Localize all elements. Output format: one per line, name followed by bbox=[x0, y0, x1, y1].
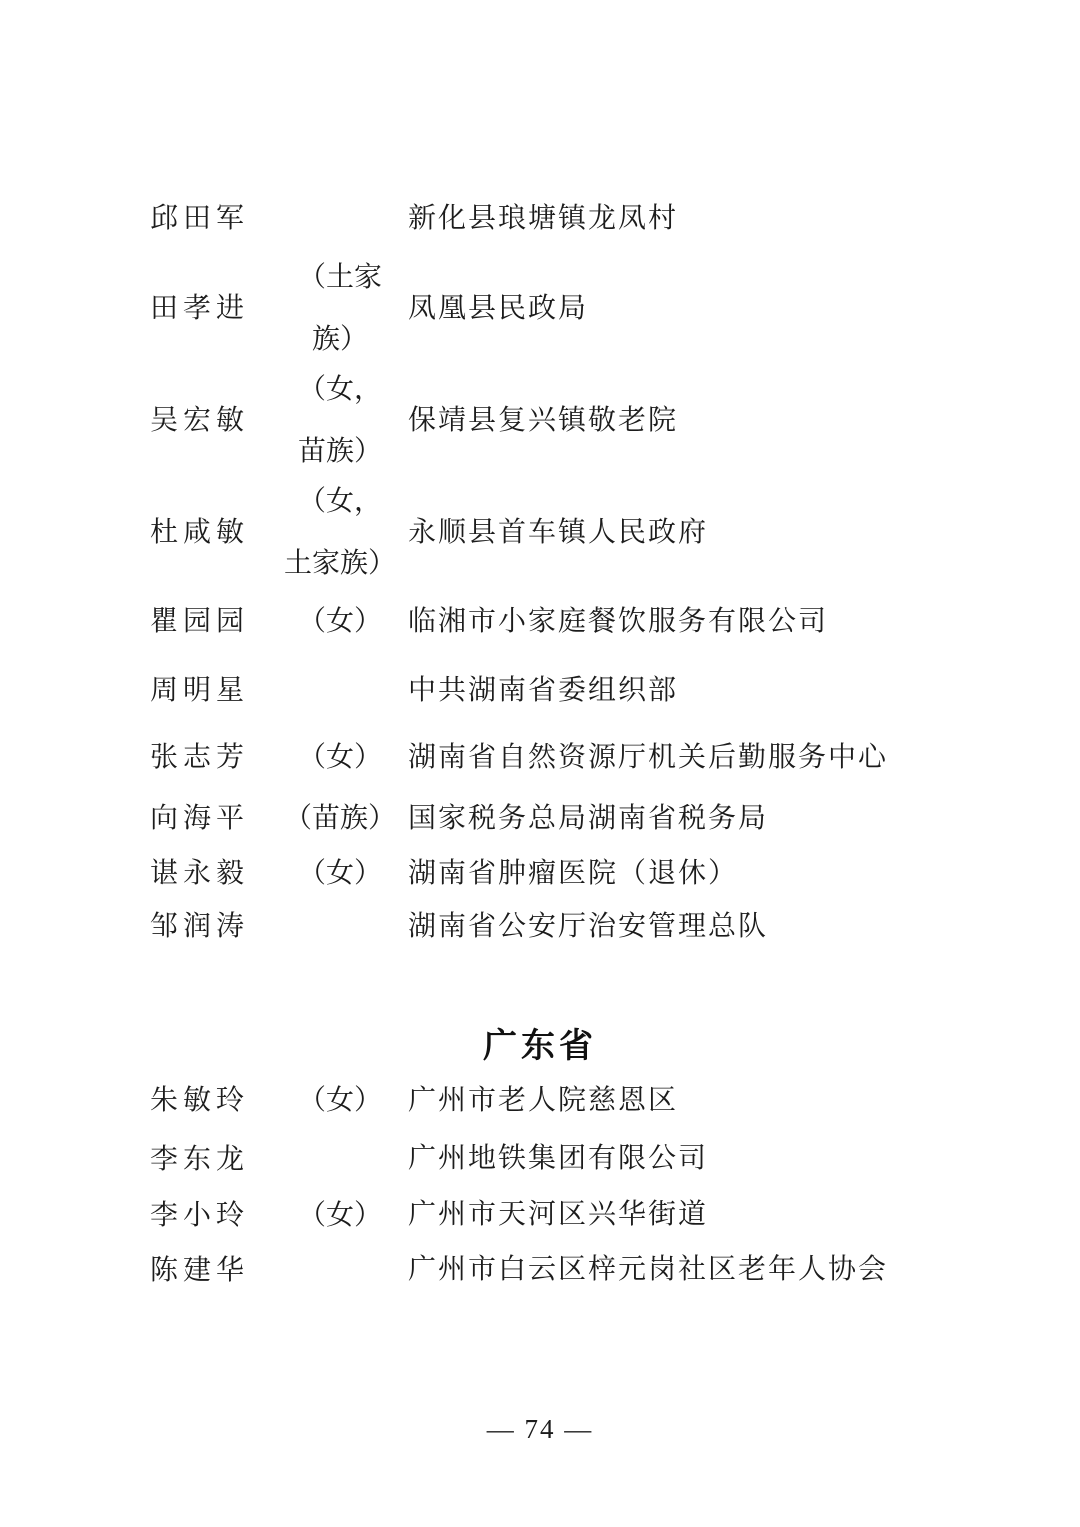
person-organization: 临湘市小家庭餐饮服务有限公司 bbox=[408, 604, 1080, 640]
table-row: 张志芳 （女） 湖南省自然资源厅机关后勤服务中心 bbox=[0, 727, 1080, 789]
person-organization: 广州地铁集团有限公司 bbox=[408, 1141, 1080, 1177]
person-organization: 广州市老人院慈恩区 bbox=[408, 1083, 1080, 1119]
person-name: 邱田军 bbox=[150, 202, 280, 236]
table-row: 向海平 （苗族） 国家税务总局湖南省税务局 bbox=[0, 789, 1080, 849]
table-row: 杜咸敏 （女， 土家族） 永顺县首车镇人民政府 bbox=[0, 477, 1080, 589]
person-name: 吴宏敏 bbox=[150, 404, 280, 438]
person-name: 李小玲 bbox=[150, 1199, 280, 1233]
table-row: 瞿园园 （女） 临湘市小家庭餐饮服务有限公司 bbox=[0, 589, 1080, 655]
table-row: 谌永毅 （女） 湖南省肿瘤医院（退休） bbox=[0, 849, 1080, 899]
person-name: 向海平 bbox=[150, 802, 280, 836]
person-annotation: （女， 土家族） bbox=[280, 471, 400, 595]
table-row: 李小玲 （女） 广州市天河区兴华街道 bbox=[0, 1188, 1080, 1243]
table-row: 陈建华 广州市白云区梓元岗社区老年人协会 bbox=[0, 1243, 1080, 1298]
person-name: 邹润涛 bbox=[150, 910, 280, 944]
table-row: 周明星 中共湖南省委组织部 bbox=[0, 655, 1080, 727]
person-name: 张志芳 bbox=[150, 741, 280, 775]
person-organization: 广州市天河区兴华街道 bbox=[408, 1197, 1080, 1233]
person-organization: 湖南省自然资源厅机关后勤服务中心 bbox=[408, 740, 1080, 776]
person-name: 朱敏玲 bbox=[150, 1084, 280, 1118]
person-organization: 湖南省肿瘤医院（退休） bbox=[408, 856, 1080, 892]
person-organization: 新化县琅塘镇龙凤村 bbox=[408, 201, 1080, 237]
person-annotation: （女） bbox=[280, 1185, 400, 1247]
person-name: 周明星 bbox=[150, 674, 280, 708]
person-name: 李东龙 bbox=[150, 1143, 280, 1177]
table-row: 朱敏玲 （女） 广州市老人院慈恩区 bbox=[0, 1071, 1080, 1131]
table-row: 吴宏敏 （女， 苗族） 保靖县复兴镇敬老院 bbox=[0, 365, 1080, 477]
person-organization: 永顺县首车镇人民政府 bbox=[408, 515, 1080, 551]
page-number: — 74 — bbox=[0, 1412, 1080, 1446]
person-annotation: （苗族） bbox=[280, 788, 400, 850]
table-row: 田孝进 （土家 族） 凤凰县民政局 bbox=[0, 253, 1080, 365]
table-row: 邹润涛 湖南省公安厅治安管理总队 bbox=[0, 899, 1080, 955]
person-annotation: （女， 苗族） bbox=[280, 359, 400, 483]
person-organization: 保靖县复兴镇敬老院 bbox=[408, 403, 1080, 439]
section-heading-guangdong: 广东省 bbox=[0, 1013, 1080, 1071]
table-row: 邱田军 新化县琅塘镇龙凤村 bbox=[0, 185, 1080, 253]
person-organization: 中共湖南省委组织部 bbox=[408, 673, 1080, 709]
person-name: 谌永毅 bbox=[150, 857, 280, 891]
person-name: 杜咸敏 bbox=[150, 516, 280, 550]
person-name: 田孝进 bbox=[150, 292, 280, 326]
document-page: 邱田军 新化县琅塘镇龙凤村 田孝进 （土家 族） 凤凰县民政局 吴宏敏 （女， … bbox=[0, 0, 1080, 1527]
person-annotation: （女） bbox=[280, 591, 400, 653]
table-row: 李东龙 广州地铁集团有限公司 bbox=[0, 1131, 1080, 1188]
person-organization: 湖南省公安厅治安管理总队 bbox=[408, 909, 1080, 945]
person-annotation: （女） bbox=[280, 1070, 400, 1132]
person-name: 瞿园园 bbox=[150, 605, 280, 639]
person-annotation: （女） bbox=[280, 843, 400, 905]
person-name: 陈建华 bbox=[150, 1254, 280, 1288]
recipient-list: 邱田军 新化县琅塘镇龙凤村 田孝进 （土家 族） 凤凰县民政局 吴宏敏 （女， … bbox=[0, 0, 1080, 1298]
person-organization: 国家税务总局湖南省税务局 bbox=[408, 801, 1080, 837]
person-organization: 凤凰县民政局 bbox=[408, 291, 1080, 327]
person-annotation: （土家 族） bbox=[280, 247, 400, 371]
person-annotation: （女） bbox=[280, 727, 400, 789]
person-organization: 广州市白云区梓元岗社区老年人协会 bbox=[408, 1252, 1080, 1288]
